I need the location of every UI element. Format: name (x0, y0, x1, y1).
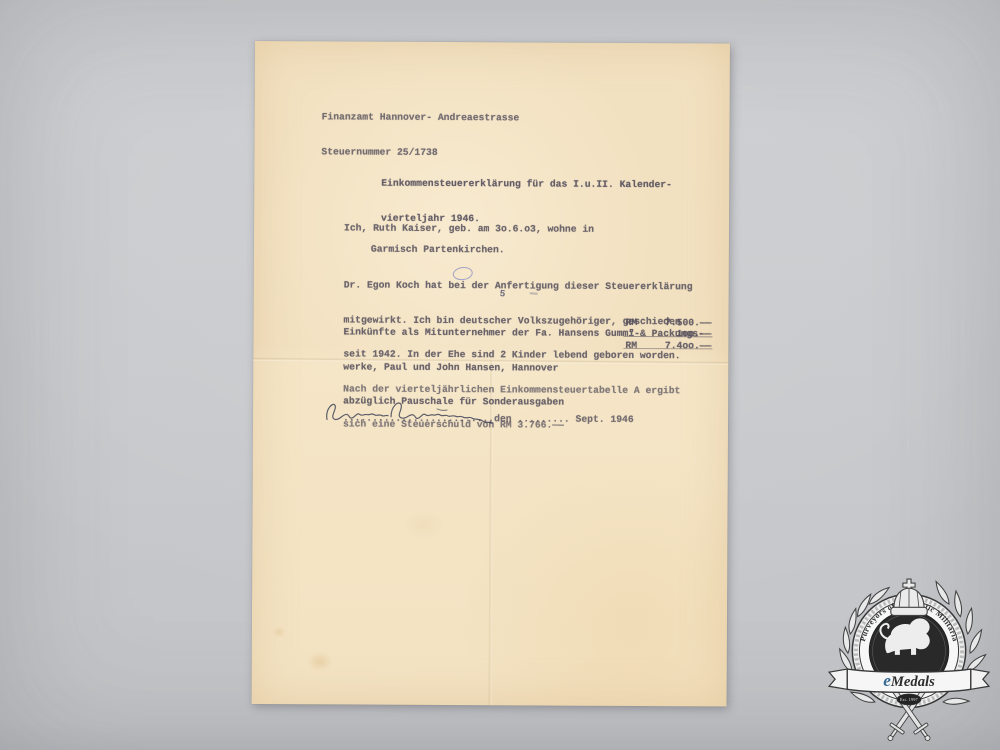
brand-banner: eMedals (829, 669, 989, 692)
crown-icon (891, 579, 927, 615)
emedals-watermark-emblem: Purveyors of Authentic Militaria (822, 576, 996, 748)
amount-value: 7.4oo.—— (665, 340, 712, 352)
amount-value: 7.500.—— (665, 317, 712, 329)
document-paper: Finanzamt Hannover- Andreaestrasse Steue… (252, 41, 730, 706)
paper-stain (402, 510, 444, 540)
declaration-line-1: Dr. Egon Koch hat bei der Anfertigung di… (344, 279, 693, 292)
currency-label: RM (626, 316, 638, 328)
est-text: Est. 1997 (900, 697, 918, 702)
paper-stain (272, 626, 286, 638)
brand-text: eMedals (883, 671, 935, 690)
stray-handwritten-mark: 5 (499, 288, 506, 300)
amount-value: 1oo.—— (677, 328, 712, 340)
paper-stain (307, 651, 333, 671)
signature-handwriting (321, 393, 501, 430)
ditto-mark: " (628, 328, 634, 340)
currency-label: RM (625, 339, 637, 351)
intro-line: Ich, Ruth Kaiser, geb. am 3o.6.o3, wohne… (344, 222, 594, 235)
tax-office-line: Finanzamt Hannover- Andreaestrasse (322, 111, 520, 124)
subject-line-1: Einkommensteuererklärung für das I.u.II.… (381, 178, 672, 191)
residence-line: Garmisch Partenkirchen. (371, 244, 505, 256)
photo-background: Finanzamt Hannover- Andreaestrasse Steue… (0, 0, 1000, 750)
